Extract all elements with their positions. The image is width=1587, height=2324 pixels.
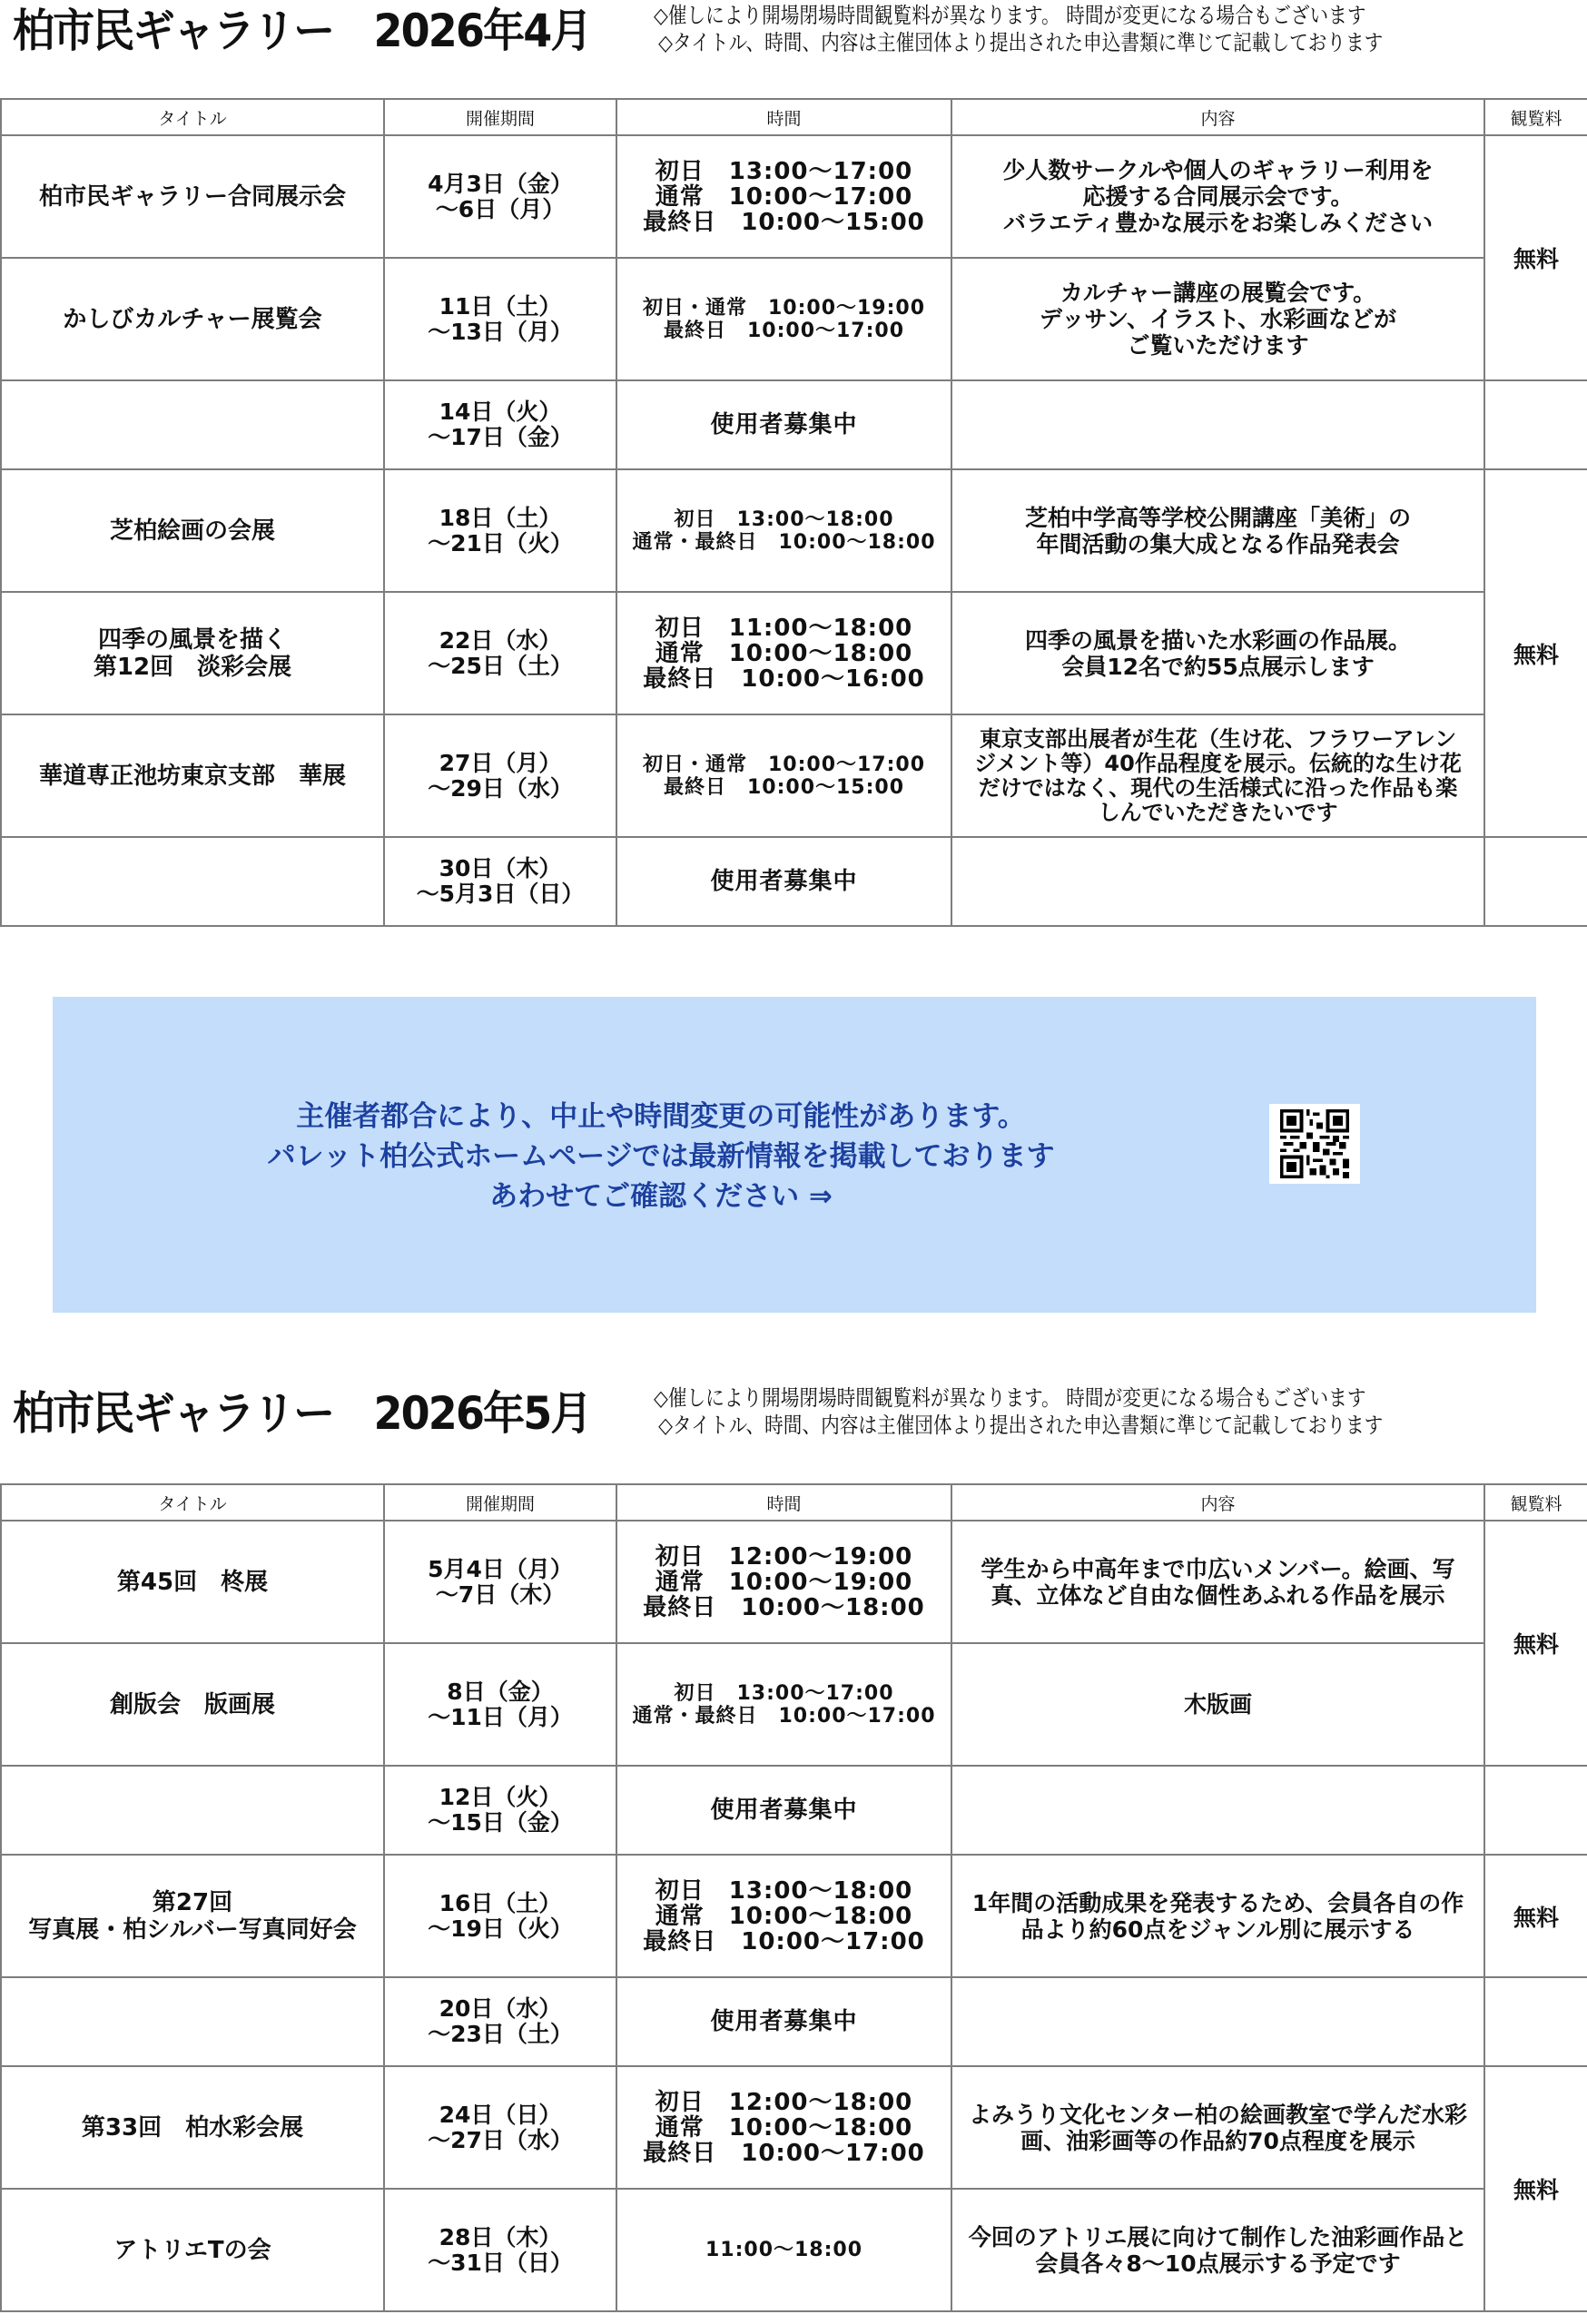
notice-line: あわせてご確認ください ⇒ [53, 1177, 1269, 1216]
header-title: タイトル [1, 1484, 384, 1521]
event-period: 11日（土） ～13日（月） [384, 258, 616, 380]
header-period: 開催期間 [384, 99, 616, 135]
event-time: 使用者募集中 [616, 380, 951, 469]
event-fee: 無料 [1484, 2066, 1587, 2311]
event-fee: 無料 [1484, 135, 1587, 380]
table-row: 12日（火） ～15日（金） 使用者募集中 [1, 1766, 1587, 1855]
note-line: ◇タイトル、時間、内容は主催団体より提出された申込書類に準じて記載しております [654, 1412, 1383, 1439]
event-content: 学生から中高年まで巾広いメンバー。絵画、写 真、立体など自由な個性あふれる作品を… [951, 1521, 1484, 1643]
schedule-table-april: タイトル 開催期間 時間 内容 観覧料 柏市民ギャラリー合同展示会 4月3日（金… [0, 98, 1587, 927]
event-content [951, 1766, 1484, 1855]
event-content: カルチャー講座の展覧会です。 デッサン、イラスト、水彩画などが ご覧いただけます [951, 258, 1484, 380]
event-period: 22日（水） ～25日（土） [384, 592, 616, 714]
event-content: 今回のアトリエ展に向けて制作した油彩画作品と 会員各々8～10点展示する予定です [951, 2189, 1484, 2311]
table-row: 第33回 柏水彩会展 24日（日） ～27日（水） 初日 12:00～18:00… [1, 2066, 1587, 2189]
event-title: 四季の風景を描く 第12回 淡彩会展 [1, 592, 384, 714]
event-title: 第27回 写真展・柏シルバー写真同好会 [1, 1855, 384, 1977]
event-period: 4月3日（金） ～6日（月） [384, 135, 616, 258]
event-fee [1484, 380, 1587, 469]
may-header: 柏市民ギャラリー 2026年5月 ◇催しにより開場閉場時間観覧料が異なります。 … [0, 1383, 1587, 1464]
table-row: 第45回 柊展 5月4日（月） ～7日（木） 初日 12:00～19:00 通常… [1, 1521, 1587, 1643]
table-header-row: タイトル 開催期間 時間 内容 観覧料 [1, 99, 1587, 135]
event-time: 初日 11:00～18:00 通常 10:00～18:00 最終日 10:00～… [616, 592, 951, 714]
header-fee: 観覧料 [1484, 99, 1587, 135]
event-fee: 無料 [1484, 1855, 1587, 1977]
event-time: 初日 13:00～18:00 通常 10:00～18:00 最終日 10:00～… [616, 1855, 951, 1977]
event-content: 四季の風景を描いた水彩画の作品展。 会員12名で約55点展示します [951, 592, 1484, 714]
event-period: 28日（木） ～31日（日） [384, 2189, 616, 2311]
notice-box: 主催者都合により、中止や時間変更の可能性があります。 パレット柏公式ホームページ… [53, 997, 1536, 1313]
table-row: 第27回 写真展・柏シルバー写真同好会 16日（土） ～19日（火） 初日 13… [1, 1855, 1587, 1977]
event-fee [1484, 1766, 1587, 1855]
qr-code-icon[interactable] [1269, 1104, 1360, 1184]
event-content [951, 1977, 1484, 2066]
event-time: 初日 13:00～17:00 通常 10:00～17:00 最終日 10:00～… [616, 135, 951, 258]
event-period: 12日（火） ～15日（金） [384, 1766, 616, 1855]
event-time: 11:00～18:00 [616, 2189, 951, 2311]
april-header: 柏市民ギャラリー 2026年4月 ◇催しにより開場閉場時間観覧料が異なります。 … [0, 0, 1587, 82]
header-period: 開催期間 [384, 1484, 616, 1521]
event-content: 木版画 [951, 1643, 1484, 1766]
event-period: 14日（火） ～17日（金） [384, 380, 616, 469]
event-period: 27日（月） ～29日（水） [384, 714, 616, 837]
event-period: 24日（日） ～27日（水） [384, 2066, 616, 2189]
event-content: よみうり文化センター柏の絵画教室で学んだ水彩 画、油彩画等の作品約70点程度を展… [951, 2066, 1484, 2189]
table-row: 芝柏絵画の会展 18日（土） ～21日（火） 初日 13:00～18:00 通常… [1, 469, 1587, 592]
header-title: タイトル [1, 99, 384, 135]
event-time: 使用者募集中 [616, 1977, 951, 2066]
event-title [1, 380, 384, 469]
event-time: 使用者募集中 [616, 837, 951, 926]
event-title: かしびカルチャー展覧会 [1, 258, 384, 380]
event-time: 初日・通常 10:00～17:00 最終日 10:00～15:00 [616, 714, 951, 837]
event-title: 柏市民ギャラリー合同展示会 [1, 135, 384, 258]
note-line: ◇催しにより開場閉場時間観覧料が異なります。 時間が変更になる場合もございます [654, 2, 1383, 29]
notice-line: 主催者都合により、中止や時間変更の可能性があります。 [53, 1097, 1269, 1137]
event-title: 第33回 柏水彩会展 [1, 2066, 384, 2189]
table-row: 柏市民ギャラリー合同展示会 4月3日（金） ～6日（月） 初日 13:00～17… [1, 135, 1587, 258]
event-title [1, 837, 384, 926]
event-fee: 無料 [1484, 469, 1587, 837]
event-fee: 無料 [1484, 1521, 1587, 1766]
event-content: 1年間の活動成果を発表するため、会員各自の作 品より約60点をジャンル別に展示す… [951, 1855, 1484, 1977]
header-content: 内容 [951, 1484, 1484, 1521]
event-period: 8日（金） ～11日（月） [384, 1643, 616, 1766]
table-row: 20日（水） ～23日（土） 使用者募集中 [1, 1977, 1587, 2066]
schedule-table-may: タイトル 開催期間 時間 内容 観覧料 第45回 柊展 5月4日（月） ～7日（… [0, 1483, 1587, 2312]
note-line: ◇催しにより開場閉場時間観覧料が異なります。 時間が変更になる場合もございます [654, 1384, 1383, 1412]
event-content: 東京支部出展者が生花（生け花、フラワーアレン ジメント等）40作品程度を展示。伝… [951, 714, 1484, 837]
event-content [951, 380, 1484, 469]
page-title-april: 柏市民ギャラリー 2026年4月 [13, 4, 591, 58]
event-fee [1484, 837, 1587, 926]
event-content [951, 837, 1484, 926]
event-title: 華道専正池坊東京支部 華展 [1, 714, 384, 837]
event-time: 初日 13:00～17:00 通常・最終日 10:00～17:00 [616, 1643, 951, 1766]
event-time: 使用者募集中 [616, 1766, 951, 1855]
header-fee: 観覧料 [1484, 1484, 1587, 1521]
event-period: 5月4日（月） ～7日（木） [384, 1521, 616, 1643]
table-row: 14日（火） ～17日（金） 使用者募集中 [1, 380, 1587, 469]
note-line: ◇タイトル、時間、内容は主催団体より提出された申込書類に準じて記載しております [654, 29, 1383, 56]
event-time: 初日 12:00～18:00 通常 10:00～18:00 最終日 10:00～… [616, 2066, 951, 2189]
header-time: 時間 [616, 1484, 951, 1521]
event-title: 創版会 版画展 [1, 1643, 384, 1766]
table-header-row: タイトル 開催期間 時間 内容 観覧料 [1, 1484, 1587, 1521]
event-time: 初日 13:00～18:00 通常・最終日 10:00～18:00 [616, 469, 951, 592]
event-title: 芝柏絵画の会展 [1, 469, 384, 592]
notes-may: ◇催しにより開場閉場時間観覧料が異なります。 時間が変更になる場合もございます … [654, 1384, 1383, 1439]
notice-line: パレット柏公式ホームページでは最新情報を掲載しております [53, 1137, 1269, 1177]
table-row: 華道専正池坊東京支部 華展 27日（月） ～29日（水） 初日・通常 10:00… [1, 714, 1587, 837]
event-period: 20日（水） ～23日（土） [384, 1977, 616, 2066]
table-row: 30日（木） ～5月3日（日） 使用者募集中 [1, 837, 1587, 926]
table-row: かしびカルチャー展覧会 11日（土） ～13日（月） 初日・通常 10:00～1… [1, 258, 1587, 380]
event-fee [1484, 1977, 1587, 2066]
notes-april: ◇催しにより開場閉場時間観覧料が異なります。 時間が変更になる場合もございます … [654, 2, 1383, 56]
event-content: 少人数サークルや個人のギャラリー利用を 応援する合同展示会です。 バラエティ豊か… [951, 135, 1484, 258]
page-title-may: 柏市民ギャラリー 2026年5月 [13, 1386, 591, 1441]
event-period: 16日（土） ～19日（火） [384, 1855, 616, 1977]
event-title [1, 1977, 384, 2066]
table-row: アトリエTの会 28日（木） ～31日（日） 11:00～18:00 今回のアト… [1, 2189, 1587, 2311]
event-title: アトリエTの会 [1, 2189, 384, 2311]
event-time: 初日・通常 10:00～19:00 最終日 10:00～17:00 [616, 258, 951, 380]
event-period: 18日（土） ～21日（火） [384, 469, 616, 592]
event-period: 30日（木） ～5月3日（日） [384, 837, 616, 926]
event-title: 第45回 柊展 [1, 1521, 384, 1643]
table-row: 創版会 版画展 8日（金） ～11日（月） 初日 13:00～17:00 通常・… [1, 1643, 1587, 1766]
header-content: 内容 [951, 99, 1484, 135]
event-title [1, 1766, 384, 1855]
table-row: 四季の風景を描く 第12回 淡彩会展 22日（水） ～25日（土） 初日 11:… [1, 592, 1587, 714]
event-time: 初日 12:00～19:00 通常 10:00～19:00 最終日 10:00～… [616, 1521, 951, 1643]
event-content: 芝柏中学高等学校公開講座「美術」の 年間活動の集大成となる作品発表会 [951, 469, 1484, 592]
notice-text: 主催者都合により、中止や時間変更の可能性があります。 パレット柏公式ホームページ… [53, 1097, 1269, 1216]
header-time: 時間 [616, 99, 951, 135]
